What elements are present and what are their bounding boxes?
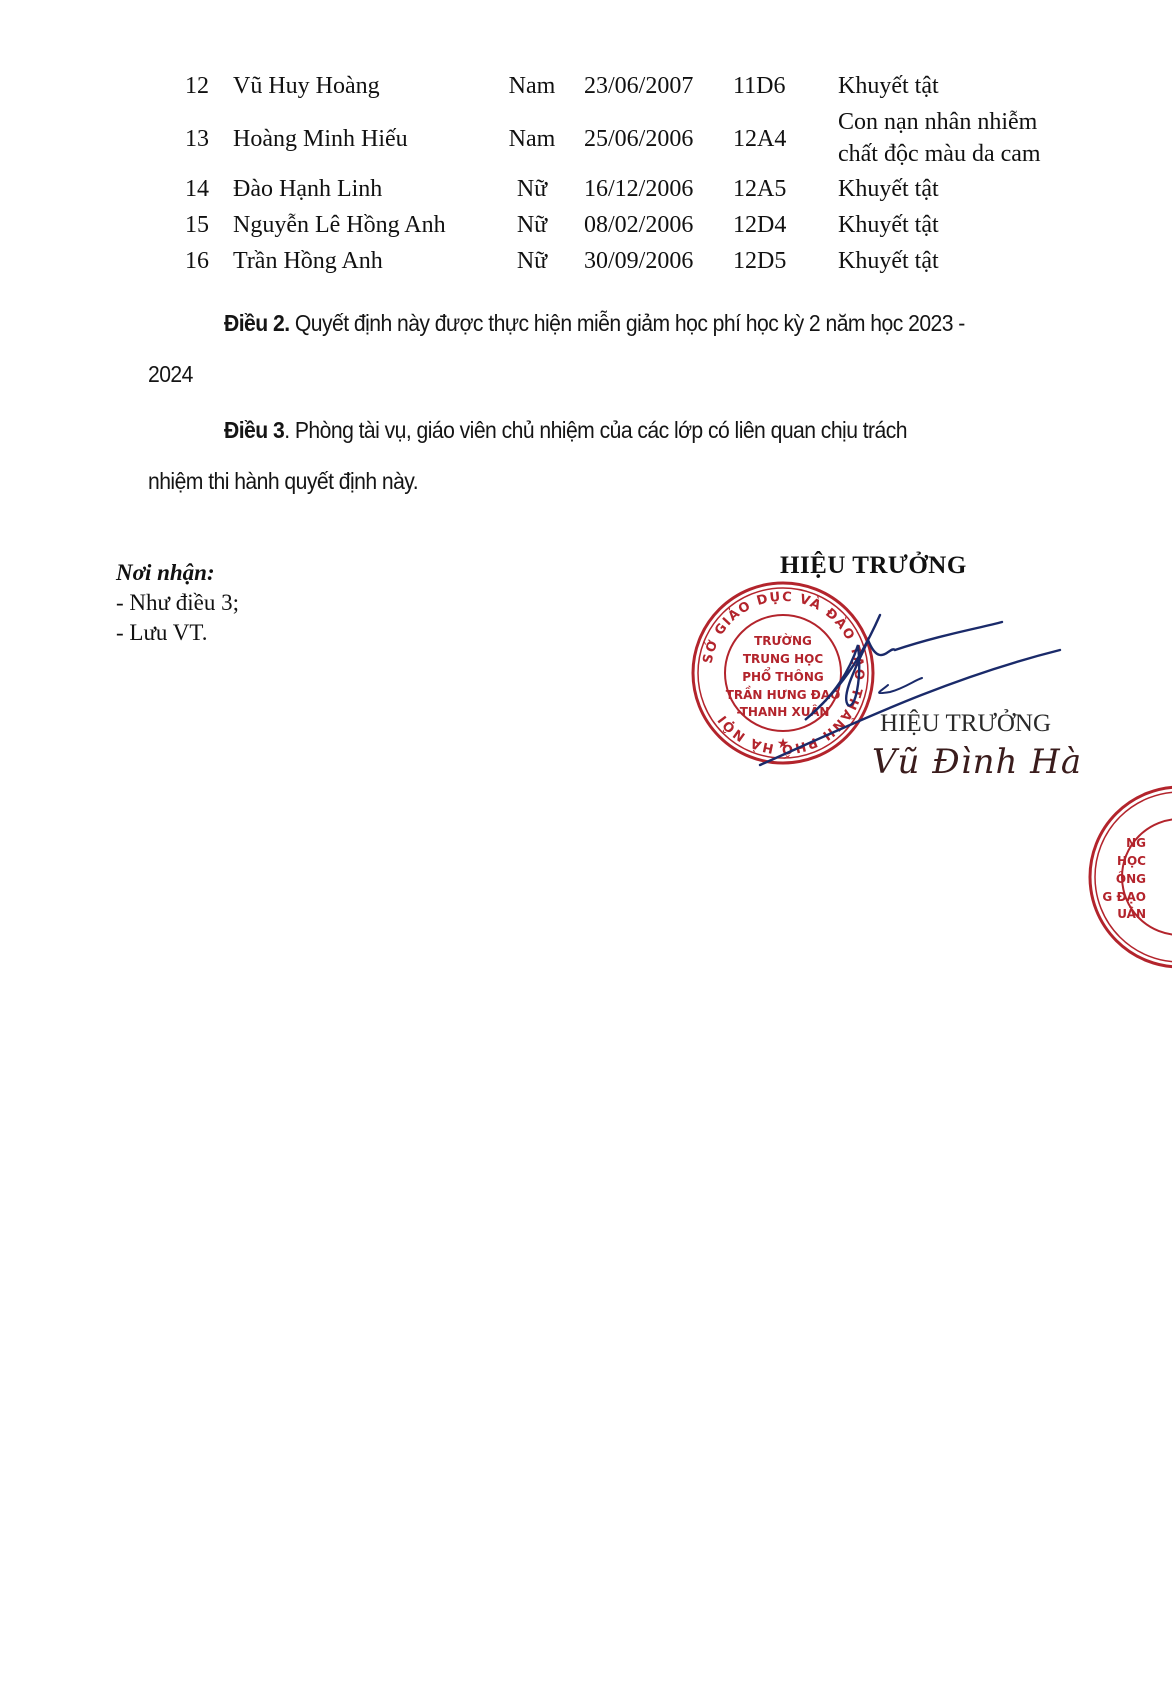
partial-stamp: NG HỌC ÔNG G ĐẠO UÂN <box>1080 782 1172 972</box>
signature-title: HIỆU TRƯỞNG <box>780 552 967 580</box>
article-2-line2: 2024 <box>148 361 193 388</box>
article-2-label: Điều 2. <box>224 310 290 336</box>
cell-dob: 25/06/2006 <box>584 125 693 153</box>
svg-text:UÂN: UÂN <box>1117 906 1146 921</box>
svg-text:G ĐẠO: G ĐẠO <box>1102 890 1146 904</box>
article-2-line1: Điều 2. Quyết định này được thực hiện mi… <box>224 310 965 337</box>
cell-note: Khuyết tật <box>838 72 939 100</box>
cell-class: 12D4 <box>733 211 786 239</box>
cell-sex: Nam <box>504 72 560 100</box>
article-3-label: Điều 3 <box>224 417 284 443</box>
cell-note-line2: chất độc màu da cam <box>838 140 1041 168</box>
recipient-item: - Lưu VT. <box>116 618 239 648</box>
cell-sex: Nữ <box>504 175 560 203</box>
cell-name: Nguyễn Lê Hồng Anh <box>233 211 446 239</box>
recipients-title: Nơi nhận: <box>116 558 239 588</box>
article-3-line1: Điều 3. Phòng tài vụ, giáo viên chủ nhiệ… <box>224 417 907 444</box>
cell-no: 14 <box>185 175 209 203</box>
cell-note: Khuyết tật <box>838 175 939 203</box>
cell-name: Đào Hạnh Linh <box>233 175 382 203</box>
cell-class: 12D5 <box>733 247 786 275</box>
cell-class: 12A4 <box>733 125 786 153</box>
cell-note: Khuyết tật <box>838 211 939 239</box>
cell-note: Khuyết tật <box>838 247 939 275</box>
cell-class: 11D6 <box>733 72 785 100</box>
signer-name: Vũ Đình Hà <box>872 742 1082 782</box>
cell-sex: Nam <box>504 125 560 153</box>
article-2-text: Quyết định này được thực hiện miễn giảm … <box>290 310 965 336</box>
cell-name: Hoàng Minh Hiếu <box>233 125 408 153</box>
cell-no: 13 <box>185 125 209 153</box>
signature-title-stamped: HIỆU TRƯỞNG <box>880 710 1051 738</box>
cell-class: 12A5 <box>733 175 786 203</box>
article-3-line2: nhiệm thi hành quyết định này. <box>148 468 418 495</box>
cell-dob: 08/02/2006 <box>584 211 693 239</box>
recipient-item: - Như điều 3; <box>116 588 239 618</box>
cell-sex: Nữ <box>504 211 560 239</box>
cell-sex: Nữ <box>504 247 560 275</box>
cell-name: Vũ Huy Hoàng <box>233 72 380 100</box>
cell-no: 16 <box>185 247 209 275</box>
cell-name: Trần Hồng Anh <box>233 247 383 275</box>
cell-no: 15 <box>185 211 209 239</box>
cell-dob: 30/09/2006 <box>584 247 693 275</box>
cell-no: 12 <box>185 72 209 100</box>
cell-note-line1: Con nạn nhân nhiễm <box>838 108 1037 136</box>
svg-text:HỌC: HỌC <box>1117 854 1146 868</box>
cell-dob: 23/06/2007 <box>584 72 693 100</box>
svg-text:ÔNG: ÔNG <box>1116 871 1146 886</box>
svg-text:NG: NG <box>1126 836 1146 850</box>
recipients-block: Nơi nhận: - Như điều 3; - Lưu VT. <box>116 558 239 648</box>
article-3-text: . Phòng tài vụ, giáo viên chủ nhiệm của … <box>284 417 907 443</box>
cell-dob: 16/12/2006 <box>584 175 693 203</box>
